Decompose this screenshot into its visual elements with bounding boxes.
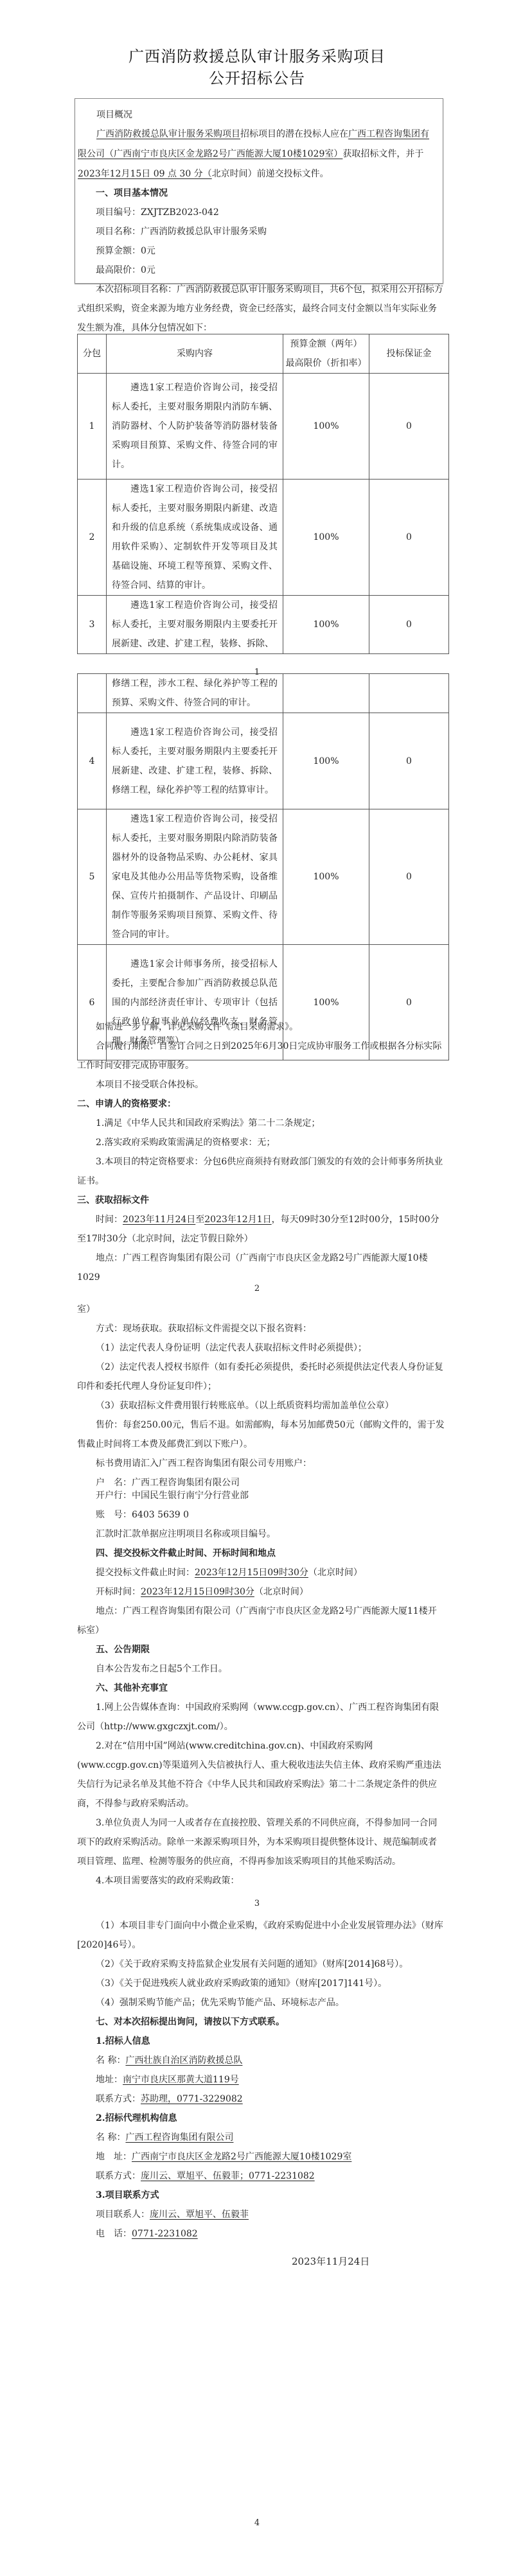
- section2-heading: 二、申请人的资格要求：: [77, 1094, 445, 1114]
- overview-text-part: 招标项目的潜在投标人应在: [240, 129, 348, 139]
- row-content: 遴选1家工程造价咨询公司，接受招标人委托，主要对服务期限内主要委托开展新建、改建…: [107, 713, 283, 809]
- page-number: 4: [0, 2518, 514, 2528]
- obtain-time-end: 2023年12月1日: [204, 1215, 271, 1225]
- agency-name-value: 广西工程咨询集团有限公司: [125, 2132, 233, 2143]
- row-content-text: 修缮工程，涉水工程、绿化养护等工程的预算、采购文件、待签合同的审计。: [112, 674, 278, 713]
- row-lot-number: 1: [78, 374, 107, 480]
- bid-deadline: 提交投标文件截止时间：2023年12月15日09时30分（北京时间）: [77, 1563, 445, 1582]
- row-lot-number: 4: [78, 713, 107, 809]
- tenderer-contact-value: 苏助理，0771-3229082: [141, 2094, 243, 2104]
- overview-heading: 项目概况: [78, 105, 438, 125]
- account-number: 账 号：6403 5639 0: [77, 1505, 445, 1525]
- policy-item: （1）本项目非专门面向中小微企业采购，《政府采购促进中小企业发展管理办法》（财库…: [77, 1916, 445, 1955]
- header-deposit: 投标保证金: [369, 334, 449, 374]
- agency-contact-value: 庞川云、覃旭平、伍毅菲；0771-2231082: [141, 2171, 315, 2181]
- project-contact-person-value: 庞川云、覃旭平、伍毅菲: [150, 2209, 249, 2220]
- agency-address: 地 址：广西南宁市良庆区金龙路2号广西能源大厦10楼1029室: [77, 2147, 445, 2166]
- row-deposit: 0: [369, 374, 449, 480]
- overview-text-part: 获取招标文件，并于: [342, 149, 423, 159]
- row-content: 遴选1家工程造价咨询公司，接受招标人委托，主要对服务期限内除消防装备器材外的设备…: [107, 809, 283, 945]
- row-price: 100%: [283, 809, 369, 945]
- row-content-text: 遴选1家工程造价咨询公司，接受招标人委托，主要对服务期限内除消防装备器材外的设备…: [112, 809, 278, 944]
- material-item: （1）法定代表人身份证明（法定代表人获取招标文件时必须提供）；: [77, 1338, 445, 1358]
- overview-project-name: 广西消防救援总队审计服务采购项目: [96, 129, 240, 139]
- project-contact-heading: 3.项目联系方式: [77, 2186, 445, 2205]
- lots-table-page2: 修缮工程，涉水工程、绿化养护等工程的预算、采购文件、待签合同的审计。 4 遴选1…: [77, 673, 449, 1060]
- lots-table-page1: 分包 采购内容 预算金额（两年） 最高限价（折扣率） 投标保证金 1 遴选1家工…: [77, 334, 449, 654]
- project-description: 本次招标项目名称：广西消防救援总队审计服务采购项目，共6个包，拟采用公开招标方式…: [77, 280, 445, 338]
- qualification-item: 1.满足《中华人民共和国政府采购法》第二十二条规定；: [77, 1114, 445, 1133]
- bank-name: 开户行：中国民生银行南宁分行营业部: [77, 1486, 445, 1505]
- sign-date: 2023年11月24日: [292, 2254, 369, 2268]
- agency-contact-label: 联系方式：: [96, 2171, 141, 2181]
- obtain-time-to: 至: [195, 1215, 204, 1225]
- bid-opening: 开标时间：2023年12月15日09时30分（北京时间）: [77, 1582, 445, 1602]
- document-title-line2: 公开招标公告: [0, 67, 514, 90]
- agency-name: 名 称：广西工程咨询集团有限公司: [77, 2128, 445, 2147]
- row-content: 修缮工程，涉水工程、绿化养护等工程的预算、采购文件、待签合同的审计。: [107, 674, 283, 713]
- supplementary-item: 1.网上公告媒体查询：中国政府采购网（www.ccgp.gov.cn）、广西工程…: [77, 1698, 445, 1736]
- section7-heading: 七、对本次招标提出询问，请按以下方式联系。: [77, 2012, 445, 2032]
- header-price-line2: 最高限价（折扣率）: [283, 354, 369, 373]
- header-price-line1: 预算金额（两年）: [283, 334, 369, 354]
- agency-name-label: 名 称：: [96, 2132, 125, 2143]
- budget-amount: 预算金额：0元: [77, 241, 445, 261]
- row-lot-number: [78, 674, 107, 713]
- section1-heading: 一、项目基本情况: [77, 184, 445, 203]
- section5-heading: 五、公告期限: [77, 1640, 445, 1659]
- document-price: 售价：每套250.00元，售后不退。如需邮购，每本另加邮费50元（邮购文件的，需…: [77, 1415, 445, 1454]
- page-number: 2: [0, 1284, 514, 1293]
- tenderer-address-value: 南宁市良庆区那黄大道119号: [123, 2075, 239, 2085]
- bid-deadline-label: 提交投标文件截止时间：: [96, 1568, 195, 1578]
- obtain-time: 时间：2023年11月24日至2023年12月1日，每天09时30分至12时00…: [77, 1210, 445, 1249]
- tenderer-name: 名 称：广西壮族自治区消防救援总队: [77, 2051, 445, 2070]
- table-row: 5 遴选1家工程造价咨询公司，接受招标人委托，主要对服务期限内除消防装备器材外的…: [78, 809, 449, 945]
- obtain-place-continued: 室）: [77, 1300, 445, 1319]
- tenderer-address-label: 地址：: [96, 2075, 123, 2085]
- policy-item: （2）《关于政府采购支持监狱企业发展有关问题的通知》（财库[2014]68号）。: [77, 1955, 445, 1974]
- tenderer-address: 地址：南宁市良庆区那黄大道119号: [77, 2070, 445, 2089]
- bid-opening-place: 地点：广西工程咨询集团有限公司（广西南宁市良庆区金龙路2号广西能源大厦11楼开标…: [77, 1602, 445, 1640]
- row-price: 100%: [283, 596, 369, 654]
- more-info: 如需进一步了解，详见采购文件《项目采购需求》。: [77, 1017, 445, 1037]
- policy-item: （3）《关于促进残疾人就业政府采购政策的通知》（财库[2017]141号）。: [77, 1974, 445, 1993]
- material-item: （2）法定代表人授权书原件（如有委托必须提供，委托时必须提供法定代表人身份证复印…: [77, 1358, 445, 1396]
- project-number: 项目编号：ZXJTZB2023-042: [77, 203, 445, 222]
- bid-deadline-suffix: （北京时间）: [308, 1568, 362, 1578]
- project-contact-phone: 电 话：0771-2231082: [77, 2224, 445, 2243]
- qualification-item: 2.落实政府采购政策需满足的资格要求：无；: [77, 1133, 445, 1152]
- page-number: 3: [0, 1899, 514, 1908]
- header-lot: 分包: [78, 334, 107, 374]
- row-content: 遴选1家工程造价咨询公司，接受招标人委托，主要对服务期限内新建、改造和升级的信息…: [107, 480, 283, 596]
- document-title-line1: 广西消防救援总队审计服务采购项目: [0, 45, 514, 68]
- agency-heading: 2.招标代理机构信息: [77, 2109, 445, 2128]
- tenderer-contact-label: 联系方式：: [96, 2094, 141, 2104]
- project-contact-person-label: 项目联系人：: [96, 2209, 150, 2220]
- bid-opening-label: 开标时间：: [96, 1587, 141, 1597]
- obtain-time-label: 时间：: [96, 1215, 123, 1225]
- table-row: 2 遴选1家工程造价咨询公司，接受招标人委托，主要对服务期限内新建、改造和升级的…: [78, 480, 449, 596]
- qualification-item: 3.本项目的特定资格要求：分包6供应商须持有财政部门颁发的有效的会计师事务所执业…: [77, 1152, 445, 1191]
- project-name: 项目名称：广西消防救援总队审计服务采购: [77, 222, 445, 241]
- obtain-method: 方式：现场获取。获取招标文件需提交以下报名资料：: [77, 1319, 445, 1338]
- tenderer-name-label: 名 称：: [96, 2055, 125, 2066]
- row-content-text: 遴选1家工程造价咨询公司，接受招标人委托，主要对服务期限内消防车辆、消防器材、个…: [112, 378, 278, 474]
- remit-note: 汇款时汇款单据应注明项目名称或项目编号。: [77, 1525, 445, 1544]
- overview-deadline: 2023年12月15日 09 点 30 分（: [78, 169, 212, 179]
- row-lot-number: 5: [78, 809, 107, 945]
- table-row: 4 遴选1家工程造价咨询公司，接受招标人委托，主要对服务期限内主要委托开展新建、…: [78, 713, 449, 809]
- overview-text: 广西消防救援总队审计服务采购项目招标项目的潜在投标人应在广西工程咨询集团有限公司…: [78, 125, 438, 184]
- bid-opening-suffix: （北京时间）: [254, 1587, 308, 1597]
- row-content-text: 遴选1家工程造价咨询公司，接受招标人委托，主要对服务期限内主要委托开展新建、改建…: [112, 596, 278, 653]
- row-content-text: 遴选1家工程造价咨询公司，接受招标人委托，主要对服务期限内新建、改造和升级的信息…: [112, 480, 278, 595]
- obtain-time-start: 2023年11月24日: [123, 1215, 195, 1225]
- header-price: 预算金额（两年） 最高限价（折扣率）: [283, 334, 369, 374]
- section3-heading: 三、获取招标文件: [77, 1191, 445, 1210]
- supplementary-item: 3.单位负责人为同一人或者存在直接控股、管理关系的不同供应商，不得参加同一合同项…: [77, 1813, 445, 1871]
- policy-item: （4）强制采购节能产品；优先采购节能产品、环境标志产品。: [77, 1993, 445, 2012]
- agency-contact: 联系方式：庞川云、覃旭平、伍毅菲；0771-2231082: [77, 2166, 445, 2186]
- agency-address-label: 地 址：: [96, 2152, 132, 2162]
- material-item: （3）获取招标文件费用银行转账底单。（以上纸质资料均需加盖单位公章）: [77, 1396, 445, 1415]
- row-content-text: 遴选1家工程造价咨询公司，接受招标人委托，主要对服务期限内主要委托开展新建、改建…: [112, 723, 278, 800]
- row-price: 100%: [283, 480, 369, 596]
- table-row: 1 遴选1家工程造价咨询公司，接受招标人委托，主要对服务期限内消防车辆、消防器材…: [78, 374, 449, 480]
- obtain-place: 地点：广西工程咨询集团有限公司（广西南宁市良庆区金龙路2号广西能源大厦10楼10…: [77, 1249, 445, 1287]
- bid-opening-value: 2023年12月15日09时30分: [141, 1587, 254, 1597]
- row-deposit: [369, 674, 449, 713]
- row-lot-number: 3: [78, 596, 107, 654]
- row-price: 100%: [283, 374, 369, 480]
- no-consortium: 本项目不接受联合体投标。: [77, 1075, 445, 1094]
- agency-address-value: 广西南宁市良庆区金龙路2号广西能源大厦10楼1029室: [132, 2152, 351, 2162]
- header-content: 采购内容: [107, 334, 283, 374]
- table-row-continued: 修缮工程，涉水工程、绿化养护等工程的预算、采购文件、待签合同的审计。: [78, 674, 449, 713]
- row-price: [283, 674, 369, 713]
- overview-text-part: 北京时间）前递交投标文件。: [212, 169, 329, 179]
- announcement-period: 自本公告发布之日起5个工作日。: [77, 1659, 445, 1679]
- row-deposit: 0: [369, 596, 449, 654]
- table-row: 3 遴选1家工程造价咨询公司，接受招标人委托，主要对服务期限内主要委托开展新建、…: [78, 596, 449, 654]
- supplementary-item: 4.本项目需要落实的政府采购政策：: [77, 1871, 445, 1890]
- section6-heading: 六、其他补充事宜: [77, 1679, 445, 1698]
- row-deposit: 0: [369, 713, 449, 809]
- max-price: 最高限价：0元: [77, 261, 445, 280]
- tenderer-name-value: 广西壮族自治区消防救援总队: [125, 2055, 242, 2066]
- project-contact-person: 项目联系人：庞川云、覃旭平、伍毅菲: [77, 2205, 445, 2224]
- row-content: 遴选1家工程造价咨询公司，接受招标人委托，主要对服务期限内消防车辆、消防器材、个…: [107, 374, 283, 480]
- section4-heading: 四、提交投标文件截止时间、开标时间和地点: [77, 1544, 445, 1563]
- row-lot-number: 2: [78, 480, 107, 596]
- tenderer-contact: 联系方式：苏助理，0771-3229082: [77, 2089, 445, 2109]
- supplementary-item: 2.对在“信用中国”网站(www.creditchina.gov.cn)、中国政…: [77, 1736, 445, 1813]
- project-contact-phone-value: 0771-2231082: [132, 2229, 198, 2239]
- contract-period: 合同履行期限：自签订合同之日到2025年6月30日完成协审服务工作或根据各分标实…: [77, 1037, 445, 1075]
- account-intro: 标书费用请汇入广西工程咨询集团有限公司专用账户：: [77, 1454, 445, 1473]
- table-header-row: 分包 采购内容 预算金额（两年） 最高限价（折扣率） 投标保证金: [78, 334, 449, 374]
- row-content: 遴选1家工程造价咨询公司，接受招标人委托，主要对服务期限内主要委托开展新建、改建…: [107, 596, 283, 654]
- row-price: 100%: [283, 713, 369, 809]
- project-contact-phone-label: 电 话：: [96, 2229, 132, 2239]
- row-deposit: 0: [369, 480, 449, 596]
- tenderer-heading: 1.招标人信息: [77, 2032, 445, 2051]
- row-deposit: 0: [369, 809, 449, 945]
- bid-deadline-value: 2023年12月15日09时30分: [195, 1568, 308, 1578]
